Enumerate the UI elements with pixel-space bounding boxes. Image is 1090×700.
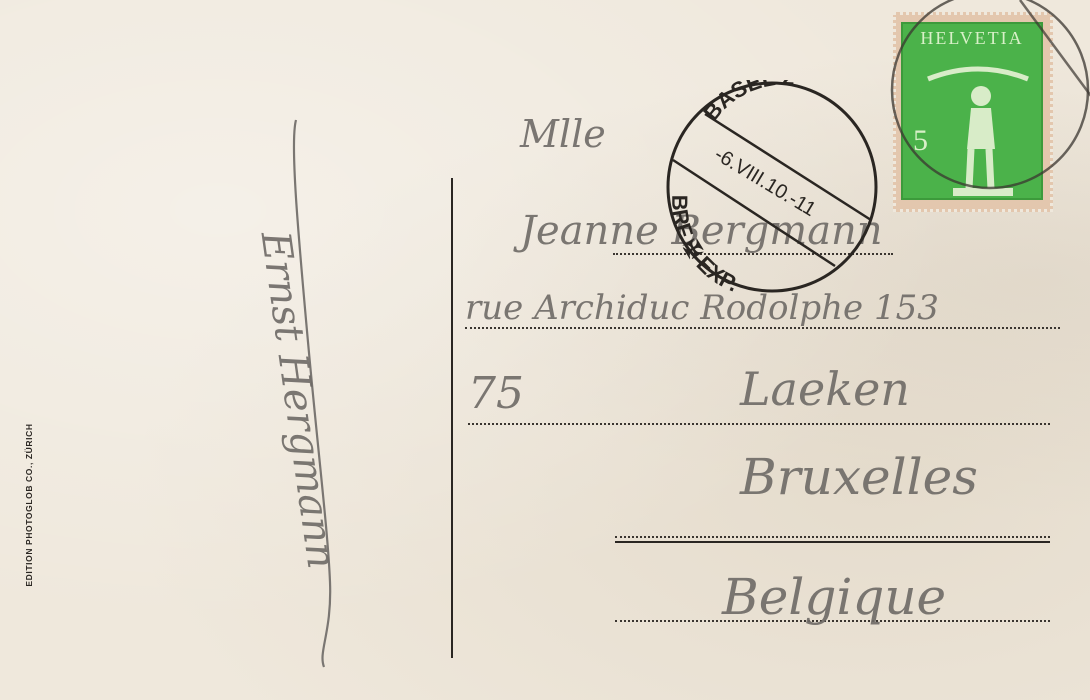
address-line-5 xyxy=(615,536,1050,538)
address-number: 75 xyxy=(468,368,524,419)
address-line-4 xyxy=(468,423,1050,425)
address-country: Belgique xyxy=(722,568,946,626)
publisher-imprint: EDITION PHOTOGLOB CO., ZÜRICH xyxy=(24,423,34,586)
center-divider xyxy=(451,178,453,658)
address-salutation: Mlle xyxy=(520,112,606,156)
postmark-bottom: BRF ✠ EXP. xyxy=(667,195,741,295)
svg-text:BRF ✠ EXP.: BRF ✠ EXP. xyxy=(667,195,741,295)
basel-postmark: BASEL 2 -6.VIII.10.-11 BRF ✠ EXP. xyxy=(665,80,880,295)
postmark-date: -6.VIII.10.-11 xyxy=(710,143,819,221)
postcard-back: EDITION PHOTOGLOB CO., ZÜRICH Ernst Herg… xyxy=(0,0,1090,700)
address-town: Bruxelles xyxy=(740,448,978,506)
address-city: Laeken xyxy=(740,362,910,416)
stamp-cancel-icon xyxy=(880,0,1090,220)
address-rule xyxy=(615,541,1050,543)
